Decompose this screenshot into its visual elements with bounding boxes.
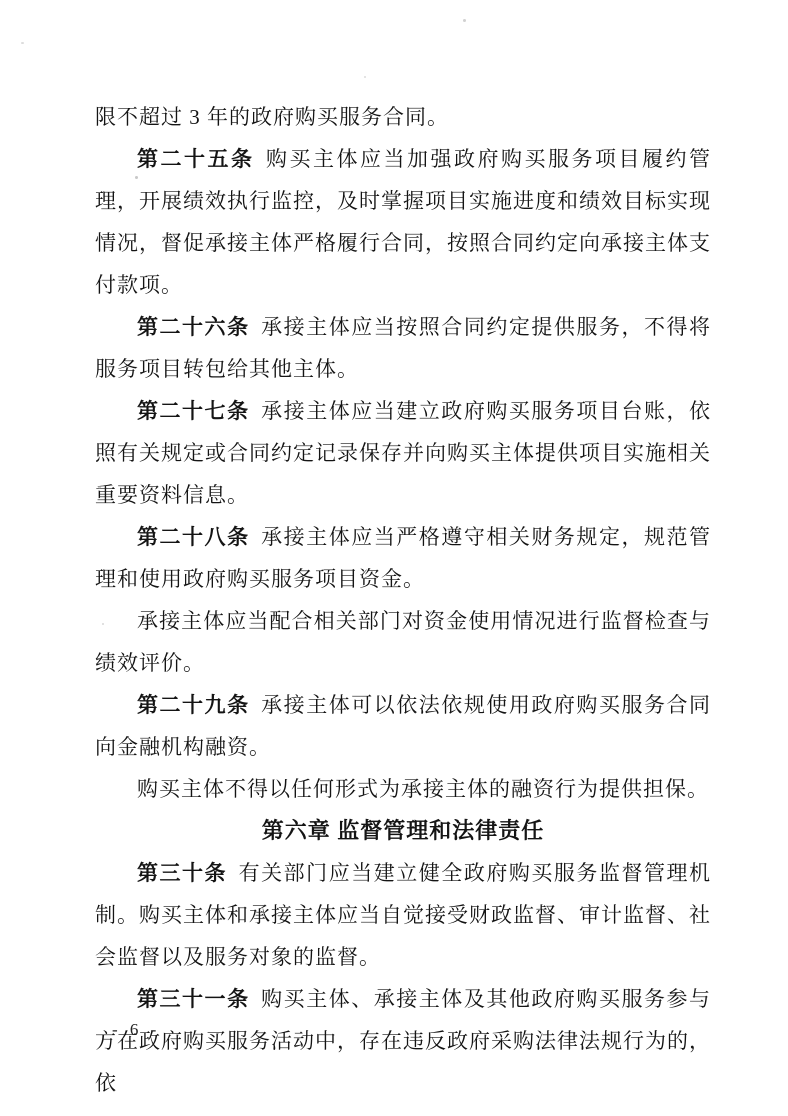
article-number: 第二十五条 <box>137 147 266 171</box>
scan-speck <box>98 486 101 489</box>
paragraph-text: 限不超过 3 年的政府购买服务合同。 <box>95 105 449 129</box>
plain-paragraph: 承接主体应当配合相关部门对资金使用情况进行监督检查与绩效评价。 <box>95 600 711 684</box>
article-paragraph: 第二十七条承接主体应当建立政府购买服务项目台账，依照有关规定或合同约定记录保存并… <box>95 390 711 516</box>
continuation-paragraph: 限不超过 3 年的政府购买服务合同。 <box>95 96 711 138</box>
document-page: 限不超过 3 年的政府购买服务合同。 第二十五条购买主体应当加强政府购买服务项目… <box>0 0 788 1116</box>
plain-paragraph: 购买主体不得以任何形式为承接主体的融资行为提供担保。 <box>95 768 711 810</box>
article-paragraph: 第三十条有关部门应当建立健全政府购买服务监督管理机制。购买主体和承接主体应当自觉… <box>95 852 711 978</box>
article-number: 第二十六条 <box>137 315 261 339</box>
scan-speck <box>463 19 466 22</box>
article-paragraph: 第二十八条承接主体应当严格遵守相关财务规定，规范管理和使用政府购买服务项目资金。 <box>95 516 711 600</box>
document-body: 限不超过 3 年的政府购买服务合同。 第二十五条购买主体应当加强政府购买服务项目… <box>95 96 711 1104</box>
article-number: 第二十九条 <box>137 693 261 717</box>
scan-speck <box>135 176 138 179</box>
scan-speck <box>364 76 366 78</box>
article-number: 第三十一条 <box>137 987 261 1011</box>
article-paragraph: 第三十一条购买主体、承接主体及其他政府购买服务参与方在政府购买服务活动中，存在违… <box>95 978 711 1104</box>
scan-speck <box>102 623 104 625</box>
scan-speck <box>21 42 24 44</box>
chapter-heading: 第六章 监督管理和法律责任 <box>95 810 711 852</box>
article-paragraph: 第二十五条购买主体应当加强政府购买服务项目履约管理，开展绩效执行监控，及时掌握项… <box>95 138 711 306</box>
article-number: 第二十八条 <box>137 525 261 549</box>
article-paragraph: 第二十六条承接主体应当按照合同约定提供服务，不得将服务项目转包给其他主体。 <box>95 306 711 390</box>
article-paragraph: 第二十九条承接主体可以依法依规使用政府购买服务合同向金融机构融资。 <box>95 684 711 768</box>
article-number: 第二十七条 <box>137 399 261 423</box>
paragraph-text: 承接主体应当配合相关部门对资金使用情况进行监督检查与绩效评价。 <box>95 609 711 675</box>
chapter-heading-text: 第六章 监督管理和法律责任 <box>262 818 545 843</box>
paragraph-text: 购买主体不得以任何形式为承接主体的融资行为提供担保。 <box>137 777 709 801</box>
article-number: 第三十条 <box>137 861 239 885</box>
page-number: - 6 - <box>112 1020 160 1040</box>
